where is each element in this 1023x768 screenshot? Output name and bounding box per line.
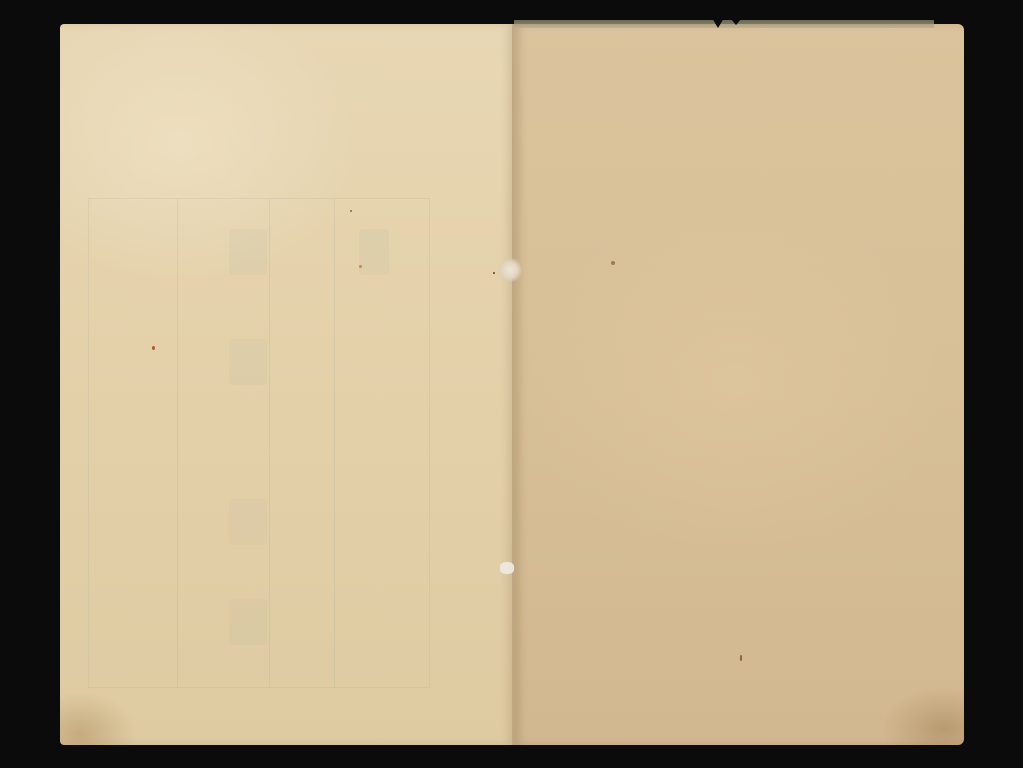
fiber-mark (740, 655, 742, 661)
top-edge-damage (514, 20, 934, 28)
top-edge-tear (712, 18, 724, 28)
binding-hole (498, 258, 522, 282)
foxing-speck (493, 272, 495, 274)
foxing-speck (359, 265, 362, 268)
foxing-speck (152, 346, 155, 350)
show-through-character (229, 599, 267, 645)
foxing-speck (350, 210, 352, 212)
show-through-rule (177, 199, 178, 687)
book-spine (512, 24, 514, 745)
show-through-rule (269, 199, 270, 687)
show-through-character (229, 229, 267, 275)
top-edge-tear (730, 18, 742, 25)
paper-spot (500, 562, 514, 574)
right-page (514, 24, 964, 745)
document-scan (0, 0, 1023, 768)
show-through-frame (88, 198, 430, 688)
foxing-speck (611, 261, 615, 265)
show-through-character (229, 339, 267, 385)
show-through-character (229, 499, 267, 545)
show-through-character (359, 229, 389, 275)
show-through-rule (334, 199, 335, 687)
